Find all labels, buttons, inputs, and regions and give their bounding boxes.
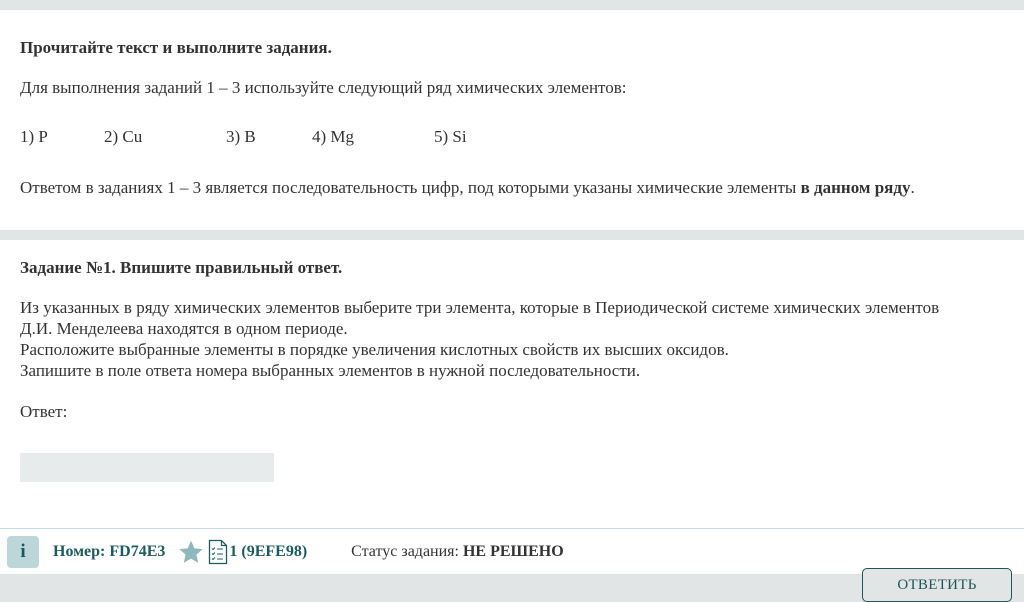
note-suffix: . — [910, 178, 914, 197]
info-button[interactable]: i — [7, 536, 39, 568]
task-line: Запишите в поле ответа номера выбранных … — [20, 360, 1004, 381]
element-item: 1) P — [20, 127, 104, 147]
info-icon: i — [20, 541, 25, 563]
intro-panel: Прочитайте текст и выполните задания. Дл… — [0, 10, 1024, 230]
favorite-button[interactable] — [178, 539, 204, 565]
task-heading: Задание №1. Впишите правильный ответ. — [20, 258, 1004, 278]
variant-number: 1 (9EFE98) — [229, 543, 307, 561]
note-emphasis: в данном ряду — [801, 178, 911, 197]
variant-link[interactable]: 1 (9EFE98) — [208, 539, 307, 565]
status-label: Статус задания: — [351, 543, 463, 560]
task-status: Статус задания: НЕ РЕШЕНО — [351, 543, 564, 561]
intro-heading: Прочитайте текст и выполните задания. — [20, 38, 1004, 58]
checklist-document-icon — [208, 539, 228, 565]
status-value: НЕ РЕШЕНО — [463, 543, 564, 560]
star-icon — [178, 539, 204, 565]
task-description: Из указанных в ряду химических элементов… — [20, 297, 1004, 381]
task-number: Номер: FD74E3 — [53, 543, 165, 561]
note-text: Ответом в заданиях 1 – 3 является послед… — [20, 178, 801, 197]
element-item: 5) Si — [434, 127, 467, 147]
task-line: Д.И. Менделеева находятся в одном период… — [20, 318, 1004, 339]
task-line: Из указанных в ряду химических элементов… — [20, 297, 1004, 318]
submit-answer-button[interactable]: ОТВЕТИТЬ — [862, 568, 1012, 602]
elements-list: 1) P 2) Cu 3) B 4) Mg 5) Si — [20, 127, 1004, 147]
element-item: 3) B — [226, 127, 312, 147]
intro-instruction: Для выполнения заданий 1 – 3 используйте… — [20, 77, 1004, 98]
element-item: 4) Mg — [312, 127, 434, 147]
element-item: 2) Cu — [104, 127, 226, 147]
task-panel: Задание №1. Впишите правильный ответ. Из… — [0, 240, 1024, 528]
panel-divider — [0, 230, 1024, 240]
top-strip — [0, 0, 1024, 10]
answer-label: Ответ: — [20, 402, 1004, 422]
answer-input[interactable] — [20, 453, 274, 482]
task-line: Расположите выбранные элементы в порядке… — [20, 339, 1004, 360]
intro-note: Ответом в заданиях 1 – 3 является послед… — [20, 177, 1004, 198]
